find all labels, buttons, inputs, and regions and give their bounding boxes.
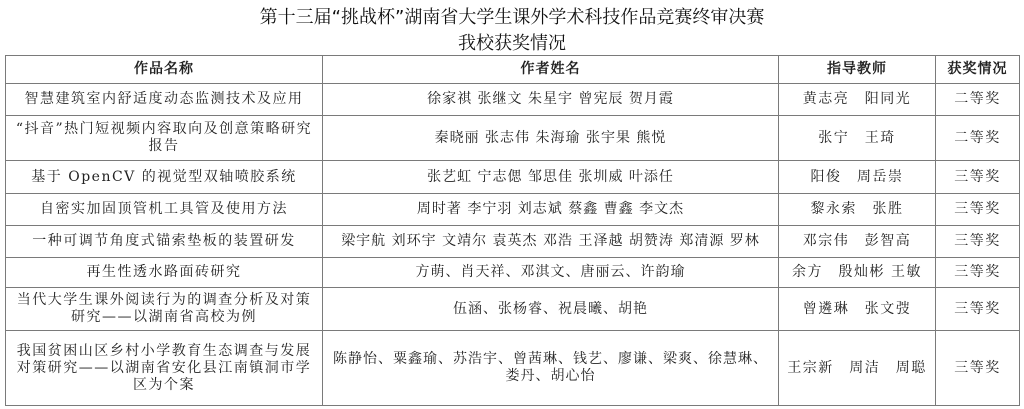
advisors-cell: 邓宗伟 彭智高 [779,226,936,258]
advisors-cell: 余方 殷灿彬 王敏 [779,258,936,288]
header-work-name: 作品名称 [6,56,323,84]
table-row: “抖音”热门短视频内容取向及创意策略研究报告秦晓丽 张志伟 朱海瑜 张宇果 熊悦… [6,116,1020,161]
authors-cell: 周时著 李宁羽 刘志斌 蔡鑫 曹鑫 李文杰 [323,194,779,226]
awards-table: 作品名称 作者姓名 指导教师 获奖情况 智慧建筑室内舒适度动态监测技术及应用徐家… [5,55,1020,406]
advisors-cell: 张宁 王琦 [779,116,936,161]
authors-cell: 梁宇航 刘环宇 文靖尔 袁英杰 邓浩 王泽越 胡赞涛 郑清源 罗林 [323,226,779,258]
table-row: 再生性透水路面砖研究方萌、肖天祥、邓淇文、唐丽云、许韵瑜余方 殷灿彬 王敏三等奖 [6,258,1020,288]
advisors-cell: 黎永索 张胜 [779,194,936,226]
table-row: 我国贫困山区乡村小学教育生态调查与发展对策研究——以湖南省安化县江南镇洞市学区为… [6,331,1020,406]
award-cell: 二等奖 [936,84,1020,116]
work-name-cell: 再生性透水路面砖研究 [6,258,323,288]
award-cell: 三等奖 [936,226,1020,258]
table-row: 一种可调节角度式锚索垫板的装置研发梁宇航 刘环宇 文靖尔 袁英杰 邓浩 王泽越 … [6,226,1020,258]
authors-cell: 徐家祺 张继文 朱星宇 曾宪辰 贺月霞 [323,84,779,116]
advisors-cell: 阳俊 周岳崇 [779,161,936,194]
work-name-cell: 基于 OpenCV 的视觉型双轴喷胶系统 [6,161,323,194]
document-subtitle: 我校获奖情况 [0,29,1024,55]
authors-cell: 张艺虹 宁志偲 邹思佳 张圳威 叶添任 [323,161,779,194]
award-cell: 三等奖 [936,161,1020,194]
work-name-cell: 一种可调节角度式锚索垫板的装置研发 [6,226,323,258]
work-name-cell: 智慧建筑室内舒适度动态监测技术及应用 [6,84,323,116]
advisors-cell: 王宗新 周洁 周聪 [779,331,936,406]
award-cell: 三等奖 [936,288,1020,331]
work-name-cell: 当代大学生课外阅读行为的调查分析及对策研究——以湖南省高校为例 [6,288,323,331]
authors-cell: 方萌、肖天祥、邓淇文、唐丽云、许韵瑜 [323,258,779,288]
document-title: 第十三届“挑战杯”湖南省大学生课外学术科技作品竞赛终审决赛 [0,3,1024,29]
award-cell: 三等奖 [936,331,1020,406]
table-row: 当代大学生课外阅读行为的调查分析及对策研究——以湖南省高校为例伍涵、张杨睿、祝晨… [6,288,1020,331]
authors-cell: 伍涵、张杨睿、祝晨曦、胡艳 [323,288,779,331]
table-header-row: 作品名称 作者姓名 指导教师 获奖情况 [6,56,1020,84]
authors-cell: 陈静怡、粟鑫瑜、苏浩宇、曾茜琳、钱艺、廖谦、梁爽、徐慧琳、娄丹、胡心怡 [323,331,779,406]
advisors-cell: 黄志亮 阳同光 [779,84,936,116]
table-row: 智慧建筑室内舒适度动态监测技术及应用徐家祺 张继文 朱星宇 曾宪辰 贺月霞黄志亮… [6,84,1020,116]
work-name-cell: 自密实加固顶管机工具管及使用方法 [6,194,323,226]
award-cell: 三等奖 [936,258,1020,288]
authors-cell: 秦晓丽 张志伟 朱海瑜 张宇果 熊悦 [323,116,779,161]
table-row: 基于 OpenCV 的视觉型双轴喷胶系统张艺虹 宁志偲 邹思佳 张圳威 叶添任阳… [6,161,1020,194]
header-advisors: 指导教师 [779,56,936,84]
header-award: 获奖情况 [936,56,1020,84]
award-cell: 三等奖 [936,194,1020,226]
table-row: 自密实加固顶管机工具管及使用方法周时著 李宁羽 刘志斌 蔡鑫 曹鑫 李文杰黎永索… [6,194,1020,226]
award-cell: 二等奖 [936,116,1020,161]
work-name-cell: “抖音”热门短视频内容取向及创意策略研究报告 [6,116,323,161]
header-authors: 作者姓名 [323,56,779,84]
advisors-cell: 曾遴琳 张文弢 [779,288,936,331]
work-name-cell: 我国贫困山区乡村小学教育生态调查与发展对策研究——以湖南省安化县江南镇洞市学区为… [6,331,323,406]
